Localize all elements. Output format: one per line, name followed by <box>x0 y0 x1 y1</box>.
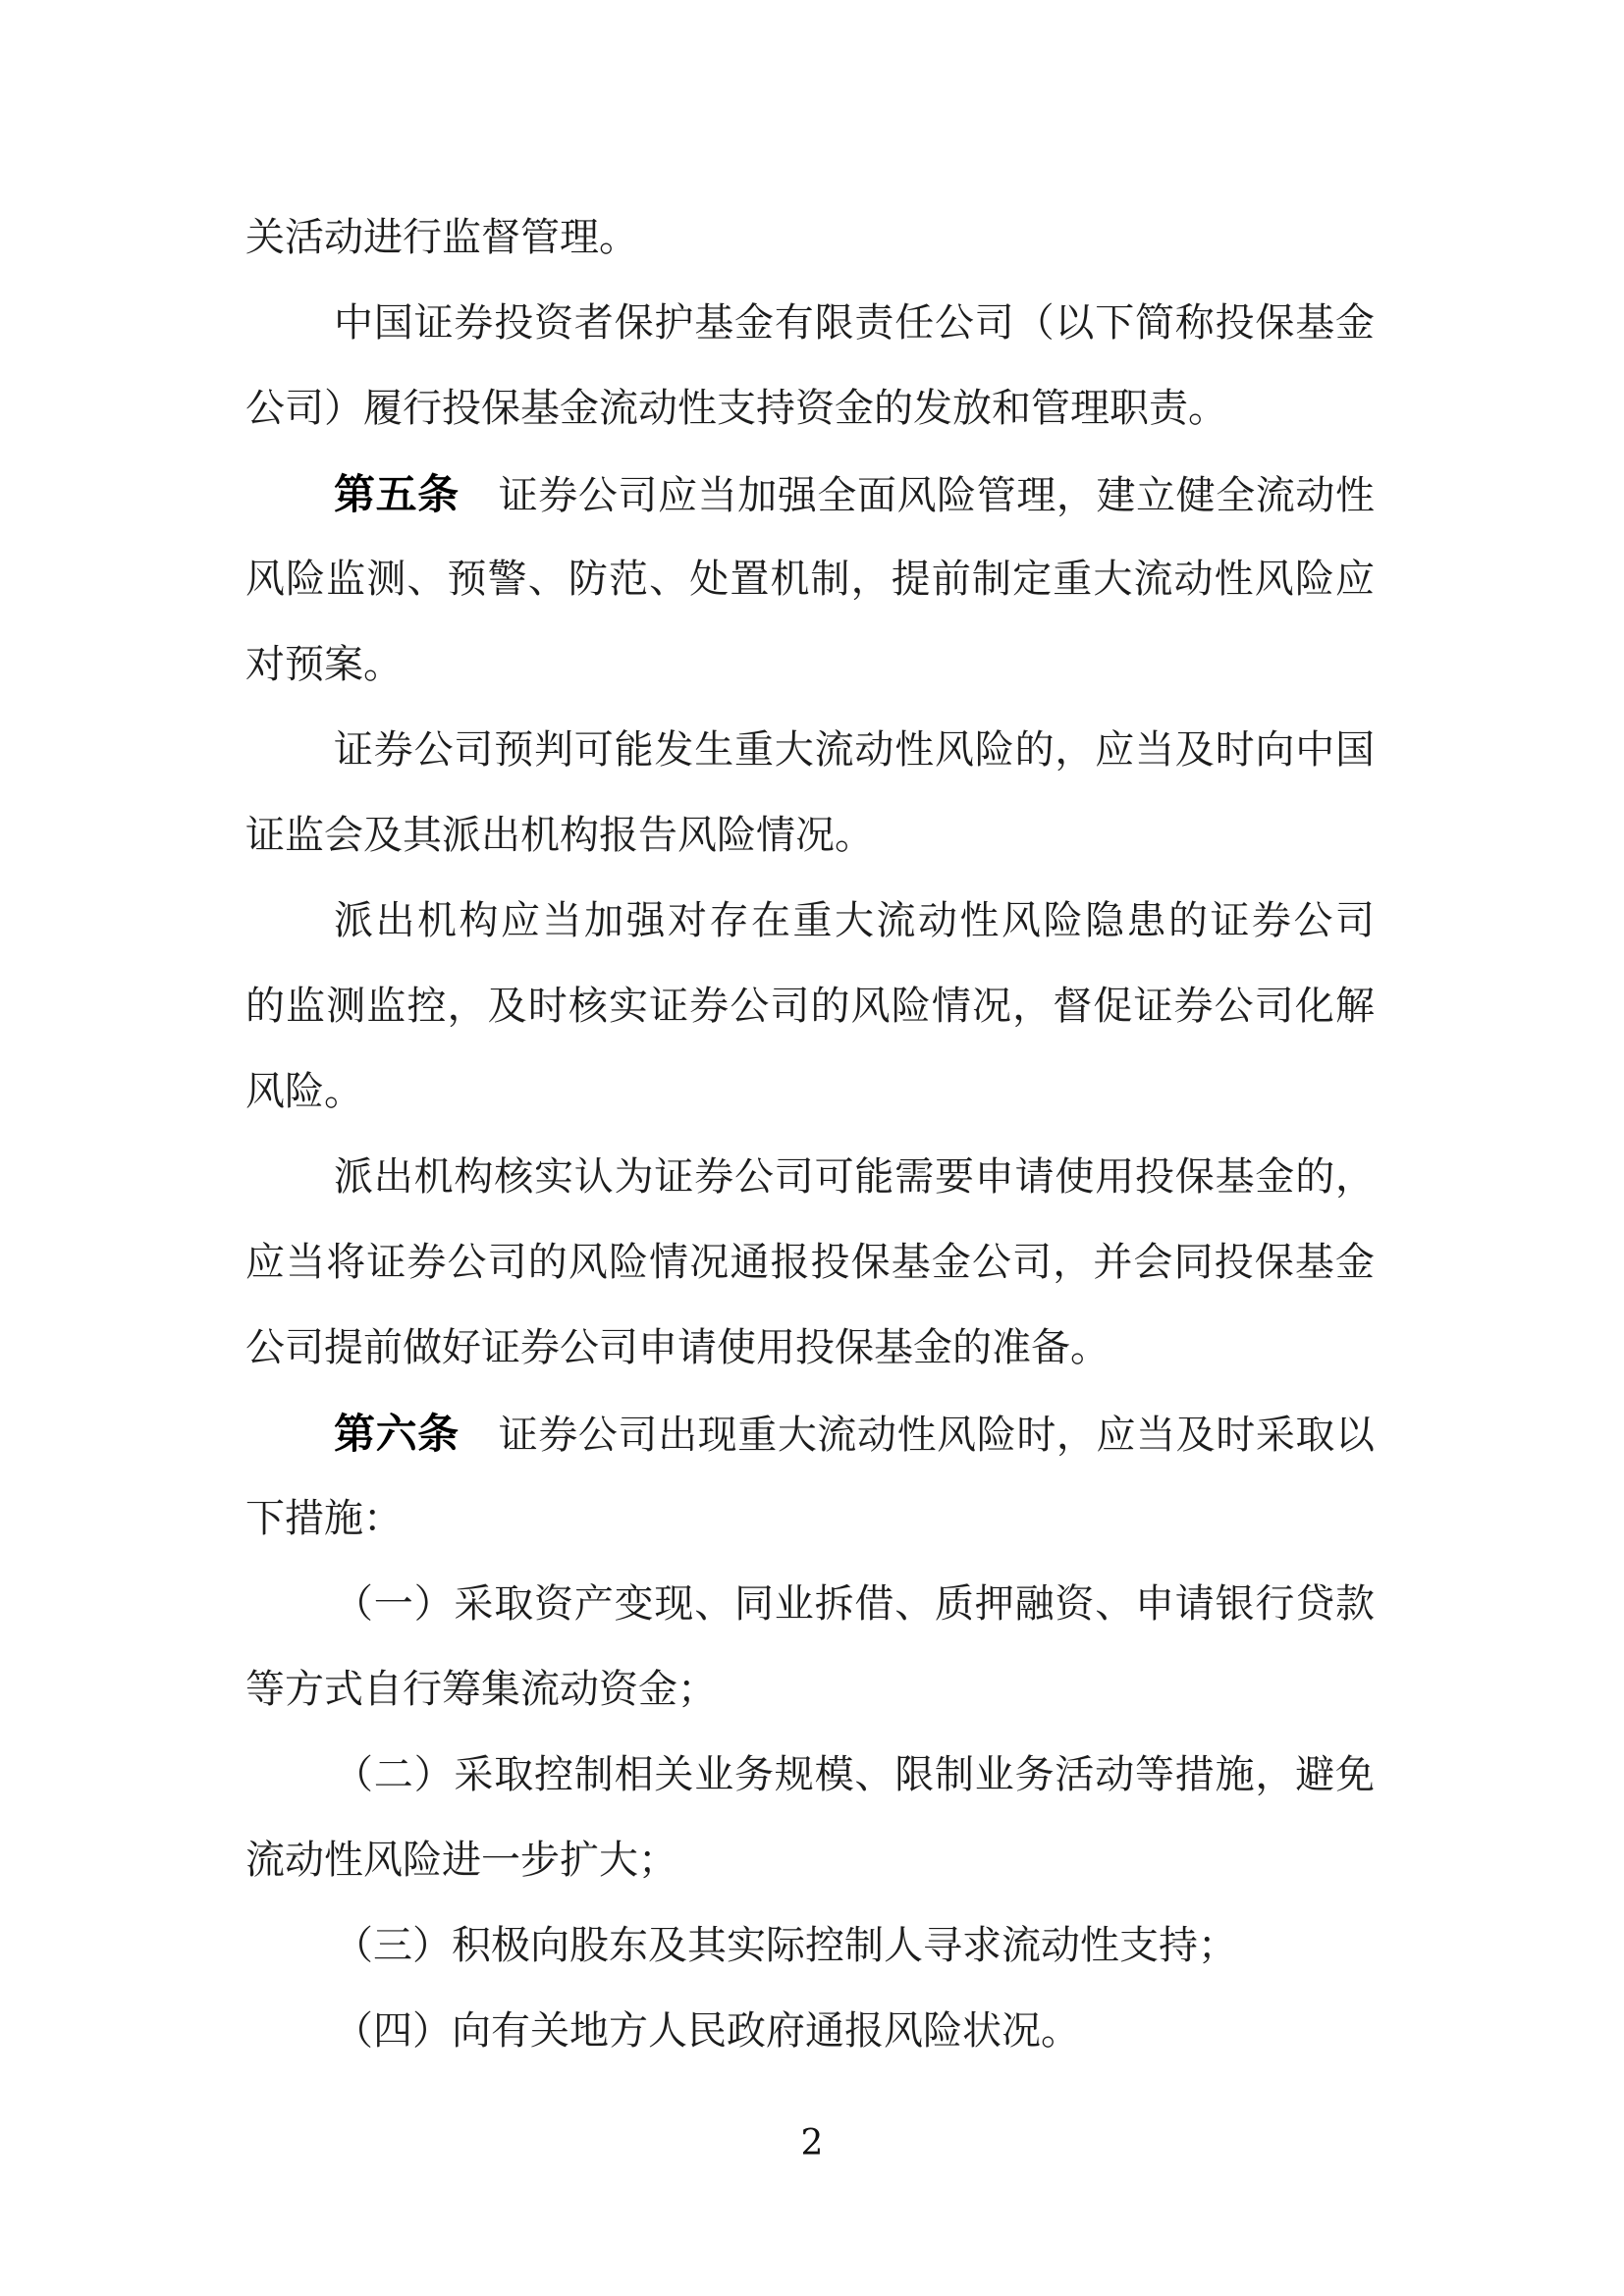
text-line: 关活动进行监督管理。 <box>245 195 1375 281</box>
text-line: （四）向有关地方人民政府通报风险状况。 <box>245 1989 1375 2074</box>
text-line: 的监测监控，及时核实证券公司的风险情况，督促证券公司化解 <box>245 964 1375 1049</box>
text-line: 风险监测、预警、防范、处置机制，提前制定重大流动性风险应 <box>245 537 1375 622</box>
text-line: 派出机构核实认为证券公司可能需要申请使用投保基金的， <box>245 1135 1375 1220</box>
text-line: 证监会及其派出机构报告风险情况。 <box>245 793 1375 879</box>
text-line: 第五条证券公司应当加强全面风险管理，建立健全流动性 <box>245 452 1375 537</box>
text-line-segment: 证券公司出现重大流动性风险时，应当及时采取以 <box>499 1413 1375 1458</box>
document-body: 关活动进行监督管理。 中国证券投资者保护基金有限责任公司（以下简称投保基金 公司… <box>245 195 1375 2074</box>
text-line: （三）积极向股东及其实际控制人寻求流动性支持； <box>245 1903 1375 1989</box>
text-line: 公司提前做好证券公司申请使用投保基金的准备。 <box>245 1306 1375 1391</box>
text-line: （二）采取控制相关业务规模、限制业务活动等措施，避免 <box>245 1733 1375 1818</box>
text-line: 对预案。 <box>245 622 1375 708</box>
page-number: 2 <box>0 2123 1624 2163</box>
text-line: 公司）履行投保基金流动性支持资金的发放和管理职责。 <box>245 366 1375 452</box>
text-line: 等方式自行筹集流动资金； <box>245 1647 1375 1733</box>
text-line: 中国证券投资者保护基金有限责任公司（以下简称投保基金 <box>245 281 1375 366</box>
text-line: 风险。 <box>245 1049 1375 1135</box>
text-line: 派出机构应当加强对存在重大流动性风险隐患的证券公司 <box>245 879 1375 964</box>
document-page: 关活动进行监督管理。 中国证券投资者保护基金有限责任公司（以下简称投保基金 公司… <box>0 0 1624 2296</box>
text-line: 第六条证券公司出现重大流动性风险时，应当及时采取以 <box>245 1391 1375 1476</box>
text-line-segment: 证券公司应当加强全面风险管理，建立健全流动性 <box>499 473 1375 518</box>
article-heading: 第五条 <box>334 470 460 518</box>
text-line: （一）采取资产变现、同业拆借、质押融资、申请银行贷款 <box>245 1562 1375 1647</box>
text-line: 应当将证券公司的风险情况通报投保基金公司，并会同投保基金 <box>245 1220 1375 1306</box>
article-heading: 第六条 <box>334 1410 460 1458</box>
text-line: 流动性风险进一步扩大； <box>245 1818 1375 1903</box>
text-line: 下措施： <box>245 1476 1375 1562</box>
text-line: 证券公司预判可能发生重大流动性风险的，应当及时向中国 <box>245 708 1375 793</box>
